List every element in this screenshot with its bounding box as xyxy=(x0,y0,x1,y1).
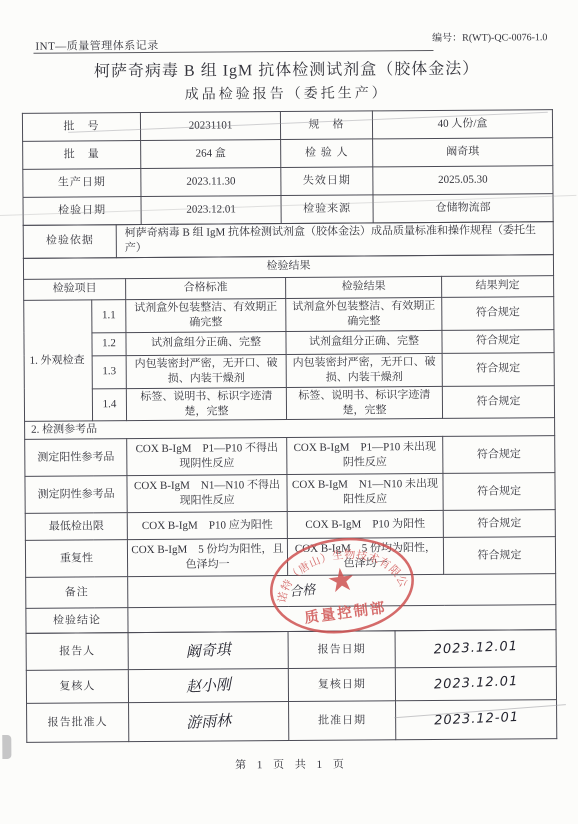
cell-result: 标签、说明书、标识字迹清楚，完整 xyxy=(286,386,442,420)
cell-value: 40 人份/盒 xyxy=(372,110,552,139)
cell-item: 重复性 xyxy=(25,540,127,578)
cell-judgment: 符合规定 xyxy=(443,537,555,575)
inspection-basis-table: 检验依据 柯萨奇病毒 B 组 IgM 抗体检测试剂盒（胶体金法）成品质量标准和操… xyxy=(23,221,554,258)
table-row: 1.4 标签、说明书、标识字迹清楚，完整 标签、说明书、标识字迹清楚，完整 符合… xyxy=(24,385,554,421)
cell-judgment: 符合规定 xyxy=(443,510,555,538)
cell-result: 试剂盒外包装整洁、有效期正确完整 xyxy=(286,297,442,331)
cell-label: 检验结论 xyxy=(26,608,128,634)
cell-result: COX B-IgM N1—N10 未出现阳性反应 xyxy=(287,474,443,512)
report-subtitle: 成品检验报告（委托生产） xyxy=(0,81,576,105)
cell-item: 最低检出限 xyxy=(25,513,127,541)
cell-label: 备注 xyxy=(26,577,128,609)
cell-no: 1.3 xyxy=(92,355,126,388)
cell-item: 测定阴性参考品 xyxy=(25,476,127,514)
col-header-standard: 合格标准 xyxy=(126,277,286,299)
reporter-signature: 阚奇琪 xyxy=(128,632,288,670)
cell-standard: 标签、说明书、标识字迹清楚，完整 xyxy=(126,387,286,421)
cell-label: 批准日期 xyxy=(289,701,396,741)
cell-item: 测定阳性参考品 xyxy=(25,439,127,477)
report-title: 柯萨奇病毒 B 组 IgM 抗体检测试剂盒（胶体金法） xyxy=(0,55,576,82)
cell-judgment: 符合规定 xyxy=(442,385,554,418)
quality-control-stamp: 英诺特（唐山）生物技术有限公司 质量控制部 xyxy=(261,526,423,648)
cell-result: 试剂盒组分正确、完整 xyxy=(286,330,442,354)
document-number: 编号：R(WT)-QC-0076-1.0 xyxy=(432,28,547,44)
cell-value: 2025.05.30 xyxy=(373,166,553,195)
cell-label: 生产日期 xyxy=(23,169,141,198)
document-number-value: R(WT)-QC-0076-1.0 xyxy=(462,32,547,44)
table-row: 1. 外观检查 1.1 试剂盒外包装整洁、有效期正确完整 试剂盒外包装整洁、有效… xyxy=(24,296,554,333)
cell-standard: COX B-IgM P10 应为阳性 xyxy=(127,512,287,540)
cell-standard: 试剂盒外包装整洁、有效期正确完整 xyxy=(126,298,286,332)
cell-judgment: 符合规定 xyxy=(442,352,554,386)
cell-standard: COX B-IgM N1—N10 不得出现阳性反应 xyxy=(127,475,287,513)
handwritten-name: 游雨林 xyxy=(186,710,232,733)
cell-standard: 内包装密封严密，无开口、破损、内装干燥剂 xyxy=(126,354,286,388)
cell-judgment: 符合规定 xyxy=(442,329,554,353)
cell-label: 检 验 人 xyxy=(281,139,373,168)
scan-smudge xyxy=(2,735,11,759)
cell-no: 1.4 xyxy=(92,388,126,421)
cell-label: 规 格 xyxy=(280,111,372,140)
basis-row: 检验依据 柯萨奇病毒 B 组 IgM 抗体检测试剂盒（胶体金法）成品质量标准和操… xyxy=(23,222,553,258)
product-info-table: 批 号 20231101 规 格 40 人份/盒 批 量 264 盒 检 验 人… xyxy=(22,109,554,226)
table-row: 测定阳性参考品 COX B-IgM P1—P10 不得出现阴性反应 COX B-… xyxy=(25,436,555,477)
cell-result: COX B-IgM P1—P10 未出现阴性反应 xyxy=(287,437,443,475)
page-number: 第 1 页 共 1 页 xyxy=(2,754,578,774)
group-label-appearance: 1. 外观检查 xyxy=(24,300,93,422)
cell-label: 失效日期 xyxy=(281,167,373,196)
cell-label: 批 号 xyxy=(22,113,140,142)
cell-value: 264 盒 xyxy=(141,140,281,169)
col-header-result: 检验结果 xyxy=(286,276,442,298)
cell-value: 2023.11.30 xyxy=(141,168,281,197)
table-row: 1.3 内包装密封严密，无开口、破损、内装干燥剂 内包装密封严密，无开口、破损、… xyxy=(24,352,554,389)
cell-value: 柯萨奇病毒 B 组 IgM 抗体检测试剂盒（胶体金法）成品质量标准和操作规程（委… xyxy=(116,222,553,258)
cell-label: 复核人 xyxy=(26,670,128,704)
cell-label: 报告批准人 xyxy=(27,703,129,743)
cell-standard: COX B-IgM P1—P10 不得出现阴性反应 xyxy=(127,438,287,476)
handwritten-date: 2023.12.01 xyxy=(433,638,518,659)
review-date: 2023.12.01 xyxy=(395,667,556,701)
cell-label: 复核日期 xyxy=(288,668,395,702)
cell-label: 报告人 xyxy=(26,633,128,671)
cell-judgment: 符合规定 xyxy=(442,296,554,330)
handwritten-name: 赵小刚 xyxy=(185,674,231,697)
document-number-label: 编号： xyxy=(432,33,462,44)
cell-no: 1.1 xyxy=(92,299,126,332)
cell-no: 1.2 xyxy=(92,332,126,355)
stamp-star-icon xyxy=(327,566,355,592)
cell-label: 检验依据 xyxy=(23,225,116,258)
signature-row-approver: 报告批准人 游雨林 批准日期 2023.12-01 xyxy=(27,700,557,743)
stamp-department-text: 质量控制部 xyxy=(303,598,387,626)
table-row: 测定阴性参考品 COX B-IgM N1—N10 不得出现阳性反应 COX B-… xyxy=(25,473,555,514)
handwritten-date: 2023.12.01 xyxy=(433,673,518,694)
col-header-item: 检验项目 xyxy=(24,278,126,300)
info-row-quantity: 批 量 264 盒 检 验 人 阚奇琪 xyxy=(23,138,553,170)
cell-judgment: 符合规定 xyxy=(443,473,555,511)
scanned-inspection-report: INT—质量管理体系记录 编号：R(WT)-QC-0076-1.0 柯萨奇病毒 … xyxy=(0,0,578,824)
cell-judgment: 符合规定 xyxy=(443,436,555,474)
info-row-dates1: 生产日期 2023.11.30 失效日期 2025.05.30 xyxy=(23,166,553,198)
signature-row-reviewer: 复核人 赵小刚 复核日期 2023.12.01 xyxy=(26,667,556,704)
approver-signature: 游雨林 xyxy=(129,702,289,742)
cell-label: 检验来源 xyxy=(281,195,373,224)
table-row: 最低检出限 COX B-IgM P10 应为阳性 COX B-IgM P10 为… xyxy=(25,510,555,541)
cell-standard: 试剂盒组分正确、完整 xyxy=(126,331,286,355)
col-header-judgment: 结果判定 xyxy=(442,275,554,297)
handwritten-name: 阚奇琪 xyxy=(185,639,231,662)
cell-value: 阚奇琪 xyxy=(373,138,553,167)
cell-result: 内包装密封严密，无开口、破损、内装干燥剂 xyxy=(286,353,442,387)
report-date: 2023.12.01 xyxy=(395,630,556,668)
reviewer-signature: 赵小刚 xyxy=(128,669,288,703)
report-sheet: INT—质量管理体系记录 编号：R(WT)-QC-0076-1.0 柯萨奇病毒 … xyxy=(0,0,578,824)
cell-label: 批 量 xyxy=(23,141,141,170)
